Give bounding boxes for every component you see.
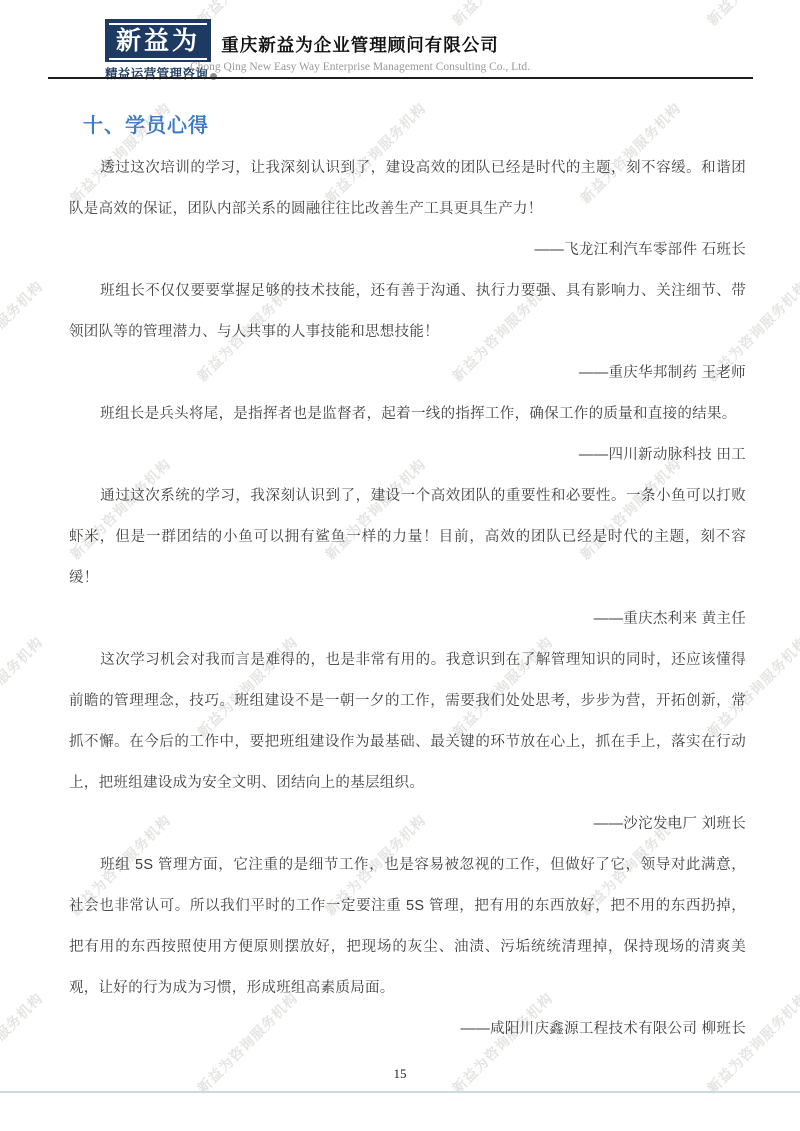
watermark-text: 新益为咨询服务机构 [0, 276, 47, 386]
company-names: 重庆新益为企业管理顾问有限公司 Chong Qing New Easy Way … [170, 32, 550, 73]
page-header: 新益为 精益运营管理咨询 重庆新益为企业管理顾问有限公司 Chong Qing … [0, 0, 800, 80]
watermark-text: 新益为咨询服务机构 [0, 632, 47, 742]
testimonial-attribution: ——沙沱发电厂 刘班长 [69, 804, 746, 845]
testimonial-text: 这次学习机会对我而言是难得的，也是非常有用的。我意识到在了解管理知识的同时，还应… [69, 640, 746, 804]
page-number: 15 [0, 1066, 800, 1082]
testimonial-block: 班组长是兵头将尾，是指挥者也是监督者，起着一线的指挥工作，确保工作的质量和直接的… [69, 394, 746, 476]
testimonial-text: 透过这次培训的学习，让我深刻认识到了，建设高效的团队已经是时代的主题，刻不容缓。… [69, 148, 746, 230]
header-divider [48, 77, 753, 79]
document-page: 新益为咨询服务机构新益为咨询服务机构新益为咨询服务机构新益为咨询服务机构新益为咨… [0, 0, 800, 1131]
footer-divider [0, 1091, 800, 1093]
testimonial-block: 透过这次培训的学习，让我深刻认识到了，建设高效的团队已经是时代的主题，刻不容缓。… [69, 148, 746, 271]
testimonial-text: 班组 5S 管理方面，它注重的是细节工作，也是容易被忽视的工作，但做好了它，领导… [69, 845, 746, 1009]
company-name-chinese: 重庆新益为企业管理顾问有限公司 [170, 32, 550, 57]
testimonial-attribution: ——重庆华邦制药 王老师 [69, 353, 746, 394]
testimonial-text: 班组长不仅仅要要掌握足够的技术技能，还有善于沟通、执行力要强、具有影响力、关注细… [69, 271, 746, 353]
testimonial-attribution: ——四川新动脉科技 田工 [69, 435, 746, 476]
page-body: 十、学员心得 透过这次培训的学习，让我深刻认识到了，建设高效的团队已经是时代的主… [69, 104, 746, 1050]
testimonial-text: 通过这次系统的学习，我深刻认识到了，建设一个高效团队的重要性和必要性。一条小鱼可… [69, 476, 746, 599]
company-name-english: Chong Qing New Easy Way Enterprise Manag… [170, 61, 550, 73]
testimonial-attribution: ——重庆杰利来 黄主任 [69, 599, 746, 640]
testimonial-text: 班组长是兵头将尾，是指挥者也是监督者，起着一线的指挥工作，确保工作的质量和直接的… [69, 394, 746, 435]
testimonial-block: 通过这次系统的学习，我深刻认识到了，建设一个高效团队的重要性和必要性。一条小鱼可… [69, 476, 746, 640]
testimonial-block: 这次学习机会对我而言是难得的，也是非常有用的。我意识到在了解管理知识的同时，还应… [69, 640, 746, 845]
testimonial-attribution: ——飞龙江利汽车零部件 石班长 [69, 230, 746, 271]
section-title: 十、学员心得 [83, 112, 746, 140]
testimonial-block: 班组 5S 管理方面，它注重的是细节工作，也是容易被忽视的工作，但做好了它，领导… [69, 845, 746, 1050]
testimonial-block: 班组长不仅仅要要掌握足够的技术技能，还有善于沟通、执行力要强、具有影响力、关注细… [69, 271, 746, 394]
testimonial-attribution: ——咸阳川庆鑫源工程技术有限公司 柳班长 [69, 1009, 746, 1050]
